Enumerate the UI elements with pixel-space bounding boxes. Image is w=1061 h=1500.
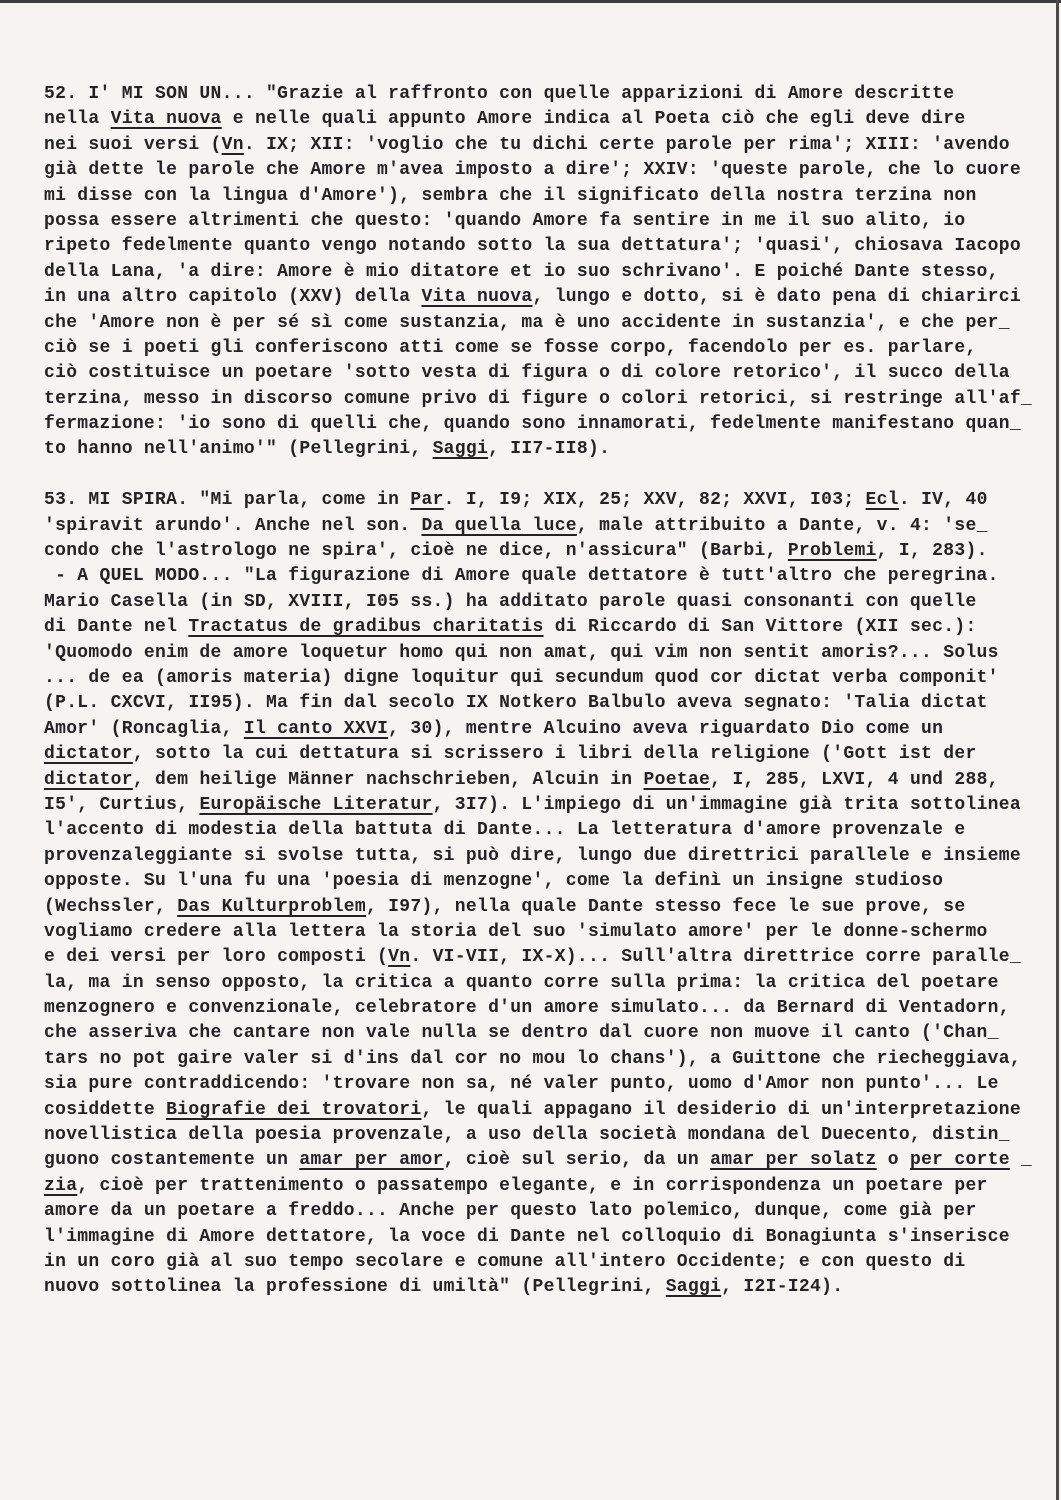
text-segment: ripeto fedelmente quanto vengo notando s… [44, 236, 1021, 256]
text-segment: sia pure contraddicendo: 'trovare non sa… [44, 1074, 999, 1094]
text-segment: cosiddette [44, 1100, 166, 1120]
scan-edge-top [0, 0, 1061, 3]
text-segment: . I, I9; XIX, 25; XXV, 82; XXVI, I03; [444, 490, 866, 510]
text-segment: , male attribuito a Dante, v. 4: 'se_ [577, 516, 988, 536]
text-segment: guono costantemente un [44, 1150, 299, 1170]
text-line: che 'Amore non è per sé sì come sustanzi… [44, 311, 1034, 336]
text-line: della Lana, 'a dire: Amore è mio ditator… [44, 260, 1034, 285]
text-line: l'immagine di Amore dettatore, la voce d… [44, 1225, 1034, 1250]
text-segment: - A QUEL MODO... "La figurazione di Amor… [44, 566, 999, 586]
text-segment: amore da un poetare a freddo... Anche pe… [44, 1201, 977, 1221]
text-line: che asseriva che cantare non vale nulla … [44, 1021, 1034, 1046]
underlined-text: Par [410, 490, 443, 510]
text-segment: possa essere altrimenti che questo: 'qua… [44, 211, 965, 231]
text-segment: , I, 285, LXVI, 4 und 288, [710, 770, 999, 790]
text-segment: menzognero e convenzionale, celebratore … [44, 998, 1010, 1018]
text-segment: di Dante nel [44, 617, 188, 637]
text-line: l'accento di modestia della battuta di D… [44, 818, 1034, 843]
text-segment: o [877, 1150, 910, 1170]
underlined-text: Biografie dei trovatori [166, 1100, 421, 1120]
text-segment: , lungo e dotto, si è dato pena di chiar… [533, 287, 1021, 307]
underlined-text: Ecl [866, 490, 899, 510]
underlined-text: Il canto XXVI [244, 719, 388, 739]
text-segment: , II7-II8). [488, 439, 610, 459]
text-segment: , cioè per trattenimento o passatempo el… [77, 1176, 987, 1196]
text-line: (P.L. CXCVI, II95). Ma fin dal secolo IX… [44, 691, 1034, 716]
text-line: provenzaleggiante si svolse tutta, si pu… [44, 844, 1034, 869]
text-line: e dei versi per loro composti (Vn. VI-VI… [44, 945, 1034, 970]
text-segment: condo che l'astrologo ne spira', cioè ne… [44, 541, 788, 561]
text-line: zia, cioè per trattenimento o passatempo… [44, 1174, 1034, 1199]
text-line: novellistica della poesia provenzale, a … [44, 1123, 1034, 1148]
text-line: vogliamo credere alla lettera la storia … [44, 920, 1034, 945]
text-segment: nella [44, 109, 111, 129]
underlined-text: Da quella luce [421, 516, 576, 536]
text-segment: (P.L. CXCVI, II95). Ma fin dal secolo IX… [44, 693, 988, 713]
text-segment: tars no pot gaire valer si d'ins dal cor… [44, 1049, 1021, 1069]
text-segment: fermazione: 'io sono di quelli che, quan… [44, 414, 1021, 434]
text-line: Amor' (Roncaglia, Il canto XXVI, 30), me… [44, 717, 1034, 742]
text-line: (Wechssler, Das Kulturproblem, I97), nel… [44, 895, 1034, 920]
text-line: ... de ea (amoris materia) digne loquitu… [44, 666, 1034, 691]
text-segment: e nelle quali appunto Amore indica al Po… [222, 109, 966, 129]
text-segment: nuovo sottolinea la professione di umilt… [44, 1277, 666, 1297]
text-line: dictator, dem heilige Männer nachschrieb… [44, 768, 1034, 793]
text-line: la, ma in senso opposto, la critica a qu… [44, 971, 1034, 996]
text-segment: in una altro capitolo (XXV) della [44, 287, 421, 307]
underlined-text: Vita nuova [111, 109, 222, 129]
text-segment: , dem heilige Männer nachschrieben, Alcu… [133, 770, 644, 790]
text-segment: , sotto la cui dettatura si scrissero i … [133, 744, 977, 764]
text-line: fermazione: 'io sono di quelli che, quan… [44, 412, 1034, 437]
text-line: Mario Casella (in SD, XVIII, I05 ss.) ha… [44, 590, 1034, 615]
underlined-text: dictator [44, 770, 133, 790]
text-segment: ciò costituisce un poetare 'sotto vesta … [44, 363, 1010, 383]
text-segment: , I97), nella quale Dante stesso fece le… [366, 897, 966, 917]
text-segment: , cioè sul serio, da un [444, 1150, 710, 1170]
text-line: 53. MI SPIRA. "Mi parla, come in Par. I,… [44, 488, 1034, 513]
underlined-text: Problemi [788, 541, 877, 561]
text-line: in un coro già al suo tempo secolare e c… [44, 1250, 1034, 1275]
text-segment: , I, 283). [877, 541, 988, 561]
text-segment: . IX; XII: 'voglio che tu dichi certe pa… [244, 135, 1010, 155]
underlined-text: Europäische Literatur [199, 795, 432, 815]
text-segment: (Wechssler, [44, 897, 177, 917]
text-line: ciò costituisce un poetare 'sotto vesta … [44, 361, 1034, 386]
text-line: nei suoi versi (Vn. IX; XII: 'voglio che… [44, 133, 1034, 158]
text-line: mi disse con la lingua d'Amore'), sembra… [44, 184, 1034, 209]
text-segment: ciò se i poeti gli conferiscono atti com… [44, 338, 977, 358]
text-segment: 53. MI SPIRA. "Mi parla, come in [44, 490, 410, 510]
text-segment: novellistica della poesia provenzale, a … [44, 1125, 1010, 1145]
text-line: 'spiravit arundo'. Anche nel son. Da que… [44, 514, 1034, 539]
text-segment: 'spiravit arundo'. Anche nel son. [44, 516, 421, 536]
text-line: to hanno nell'animo'" (Pellegrini, Saggi… [44, 437, 1034, 462]
text-segment: 'Quomodo enim de amore loquetur homo qui… [44, 643, 999, 663]
underlined-text: Tractatus de gradibus charitatis [188, 617, 543, 637]
text-segment: ... de ea (amoris materia) digne loquitu… [44, 668, 999, 688]
text-segment: , 3I7). L'impiego di un'immagine già tri… [433, 795, 1021, 815]
underlined-text: Saggi [433, 439, 489, 459]
text-line: tars no pot gaire valer si d'ins dal cor… [44, 1047, 1034, 1072]
text-line: ciò se i poeti gli conferiscono atti com… [44, 336, 1034, 361]
text-line: condo che l'astrologo ne spira', cioè ne… [44, 539, 1034, 564]
text-segment: l'immagine di Amore dettatore, la voce d… [44, 1227, 1010, 1247]
paragraph-53: 53. MI SPIRA. "Mi parla, come in Par. I,… [44, 488, 1034, 1301]
text-line: I5', Curtius, Europäische Literatur, 3I7… [44, 793, 1034, 818]
text-line: nuovo sottolinea la professione di umilt… [44, 1275, 1034, 1300]
text-segment: nei suoi versi ( [44, 135, 222, 155]
text-line: 52. I' MI SON UN... "Grazie al raffronto… [44, 82, 1034, 107]
text-line: 'Quomodo enim de amore loquetur homo qui… [44, 641, 1034, 666]
text-segment: Mario Casella (in SD, XVIII, I05 ss.) ha… [44, 592, 977, 612]
document-page: 52. I' MI SON UN... "Grazie al raffronto… [0, 0, 1061, 1500]
underlined-text: Das Kulturproblem [177, 897, 366, 917]
underlined-text: Vita nuova [421, 287, 532, 307]
text-line: dictator, sotto la cui dettatura si scri… [44, 742, 1034, 767]
paragraph-52: 52. I' MI SON UN... "Grazie al raffronto… [44, 82, 1034, 463]
text-segment: l'accento di modestia della battuta di D… [44, 820, 965, 840]
text-segment: vogliamo credere alla lettera la storia … [44, 922, 988, 942]
underlined-text: Vn [222, 135, 244, 155]
text-segment: in un coro già al suo tempo secolare e c… [44, 1252, 965, 1272]
underlined-text: dictator [44, 744, 133, 764]
text-line: di Dante nel Tractatus de gradibus chari… [44, 615, 1034, 640]
text-segment: Amor' (Roncaglia, [44, 719, 244, 739]
underlined-text: Saggi [666, 1277, 722, 1297]
text-line: terzina, messo in discorso comune privo … [44, 387, 1034, 412]
text-segment: , 30), mentre Alcuino aveva riguardato D… [388, 719, 943, 739]
text-line: menzognero e convenzionale, celebratore … [44, 996, 1034, 1021]
underlined-text: per corte [910, 1150, 1010, 1170]
text-segment: , I2I-I24). [721, 1277, 843, 1297]
text-segment: mi disse con la lingua d'Amore'), sembra… [44, 186, 977, 206]
text-segment: opposte. Su l'una fu una 'poesia di menz… [44, 871, 943, 891]
text-segment: . IV, 40 [899, 490, 988, 510]
underlined-text: amar per amor [299, 1150, 443, 1170]
text-line: in una altro capitolo (XXV) della Vita n… [44, 285, 1034, 310]
text-segment: la, ma in senso opposto, la critica a qu… [44, 973, 999, 993]
scan-edge-right [1056, 0, 1059, 1500]
underlined-text: zia [44, 1176, 77, 1196]
text-segment: to hanno nell'animo'" (Pellegrini, [44, 439, 433, 459]
text-segment: I5', Curtius, [44, 795, 199, 815]
underlined-text: Vn [388, 947, 410, 967]
text-line: - A QUEL MODO... "La figurazione di Amor… [44, 564, 1034, 589]
underlined-text: amar per solatz [710, 1150, 877, 1170]
text-segment: e dei versi per loro composti ( [44, 947, 388, 967]
text-segment: , le quali appagano il desiderio di un'i… [421, 1100, 1021, 1120]
underlined-text: Poetae [644, 770, 711, 790]
text-segment: provenzaleggiante si svolse tutta, si pu… [44, 846, 1021, 866]
text-segment: della Lana, 'a dire: Amore è mio ditator… [44, 262, 999, 282]
text-line: già dette le parole che Amore m'avea imp… [44, 158, 1034, 183]
text-line: cosiddette Biografie dei trovatori, le q… [44, 1098, 1034, 1123]
text-line: guono costantemente un amar per amor, ci… [44, 1148, 1034, 1173]
text-line: possa essere altrimenti che questo: 'qua… [44, 209, 1034, 234]
text-segment: . VI-VII, IX-X)... Sull'altra direttrice… [410, 947, 1021, 967]
text-segment: che 'Amore non è per sé sì come sustanzi… [44, 313, 1010, 333]
text-line: nella Vita nuova e nelle quali appunto A… [44, 107, 1034, 132]
text-block: 52. I' MI SON UN... "Grazie al raffronto… [44, 82, 1034, 1301]
text-segment: che asseriva che cantare non vale nulla … [44, 1023, 999, 1043]
text-segment: di Riccardo di San Vittore (XII sec.): [544, 617, 977, 637]
text-segment: già dette le parole che Amore m'avea imp… [44, 160, 1021, 180]
text-segment: terzina, messo in discorso comune privo … [44, 389, 1032, 409]
text-line: opposte. Su l'una fu una 'poesia di menz… [44, 869, 1034, 894]
text-line: sia pure contraddicendo: 'trovare non sa… [44, 1072, 1034, 1097]
text-line: amore da un poetare a freddo... Anche pe… [44, 1199, 1034, 1224]
text-segment: _ [1010, 1150, 1032, 1170]
text-line: ripeto fedelmente quanto vengo notando s… [44, 234, 1034, 259]
text-segment: 52. I' MI SON UN... "Grazie al raffronto… [44, 84, 954, 104]
